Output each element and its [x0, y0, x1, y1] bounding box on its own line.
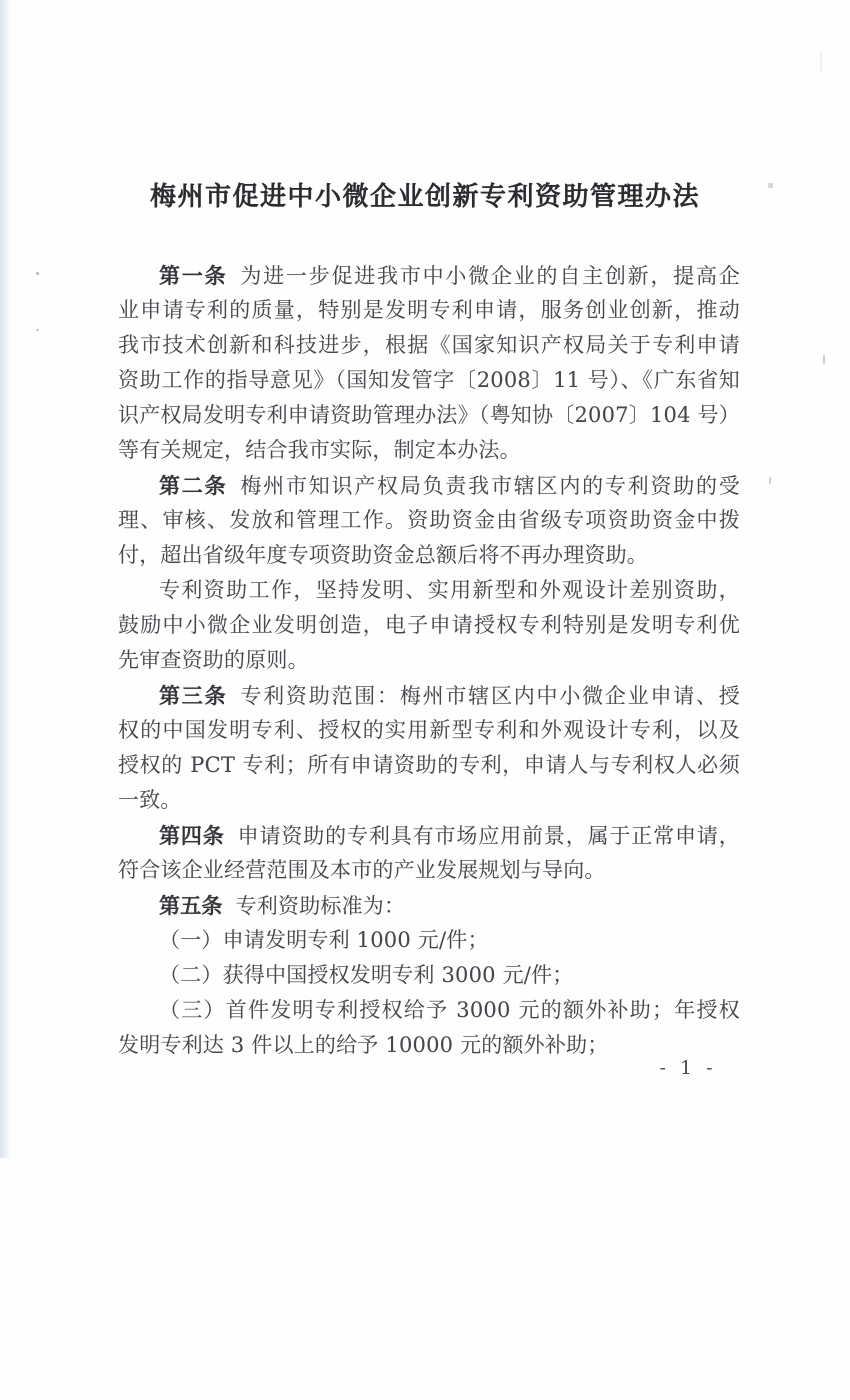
text-line: 鼓励中小微企业发明创造，电子申请授权专利特别是发明专利优 — [118, 608, 740, 643]
text-line: 权的中国发明专利、授权的实用新型专利和外观设计专利，以及 — [118, 713, 740, 748]
text-line: （三）首件发明专利授权给予 3000 元的额外补助；年授权 — [118, 993, 740, 1028]
line-text: 申请资助的专利具有市场应用前景，属于正常申请， — [238, 824, 740, 848]
line-text: 发明专利达 3 件以上的给予 10000 元的额外补助； — [118, 1033, 608, 1057]
document-body: 第一条为进一步促进我市中小微企业的自主创新，提高企业申请专利的质量，特别是发明专… — [118, 258, 740, 1063]
page-number: - 1 - — [648, 1057, 728, 1079]
line-text: 业申请专利的质量，特别是发明专利申请，服务创业创新，推动 — [118, 298, 740, 322]
text-line: 第二条梅州市知识产权局负责我市辖区内的专利资助的受 — [118, 468, 740, 503]
line-text: 理、审核、发放和管理工作。资助资金由省级专项资助资金中拨 — [118, 508, 740, 532]
line-text: 专利资助标准为： — [236, 894, 406, 918]
line-text: （三）首件发明专利授权给予 3000 元的额外补助；年授权 — [159, 998, 740, 1022]
text-line: 一致。 — [118, 783, 740, 818]
line-text: 授权的 PCT 专利；所有申请资助的专利，申请人与专利权人必须 — [118, 753, 740, 777]
line-text: 一致。 — [118, 788, 182, 812]
article-number-label: 第二条 — [159, 473, 227, 498]
line-text: 付，超出省级年度专项资助资金总额后将不再办理资助。 — [118, 543, 648, 567]
line-text: 为进一步促进我市中小微企业的自主创新，提高企 — [240, 264, 740, 288]
article-number-label: 第一条 — [159, 263, 227, 288]
text-line: （二）获得中国授权发明专利 3000 元/件； — [118, 958, 740, 993]
scan-speck — [36, 272, 39, 275]
line-text: 识产权局发明专利申请资助管理办法》（粤知协〔2007〕104 号） — [118, 403, 740, 427]
text-line: 授权的 PCT 专利；所有申请资助的专利，申请人与专利权人必须 — [118, 748, 740, 783]
line-text: 权的中国发明专利、授权的实用新型专利和外观设计专利，以及 — [118, 718, 740, 742]
line-text: （二）获得中国授权发明专利 3000 元/件； — [159, 963, 573, 987]
text-line: 符合该企业经营范围及本市的产业发展规划与导向。 — [118, 853, 740, 888]
scan-speck — [768, 183, 773, 188]
line-text: 专利资助范围：梅州市辖区内中小微企业申请、授 — [240, 684, 740, 708]
line-text: 符合该企业经营范围及本市的产业发展规划与导向。 — [118, 858, 606, 882]
text-line: 第四条申请资助的专利具有市场应用前景，属于正常申请， — [118, 818, 740, 853]
text-line: 资助工作的指导意见》（国知发管字〔2008〕11 号）、《广东省知 — [118, 363, 740, 398]
text-line: 第三条专利资助范围：梅州市辖区内中小微企业申请、授 — [118, 678, 740, 713]
scan-speck — [823, 355, 825, 364]
article-number-label: 第三条 — [159, 683, 227, 708]
line-text: 梅州市知识产权局负责我市辖区内的专利资助的受 — [240, 474, 740, 498]
text-line: 先审查资助的原则。 — [118, 643, 740, 678]
line-text: 我市技术创新和科技进步，根据《国家知识产权局关于专利申请 — [118, 333, 740, 357]
document-title: 梅州市促进中小微企业创新专利资助管理办法 — [60, 176, 790, 213]
article-number-label: 第四条 — [159, 823, 225, 848]
line-text: 专利资助工作，坚持发明、实用新型和外观设计差别资助， — [159, 578, 740, 602]
scanned-document-page: 梅州市促进中小微企业创新专利资助管理办法 第一条为进一步促进我市中小微企业的自主… — [0, 0, 850, 1400]
text-line: （一）申请发明专利 1000 元/件； — [118, 923, 740, 958]
text-line: 第一条为进一步促进我市中小微企业的自主创新，提高企 — [118, 258, 740, 293]
text-line: 我市技术创新和科技进步，根据《国家知识产权局关于专利申请 — [118, 328, 740, 363]
text-line: 理、审核、发放和管理工作。资助资金由省级专项资助资金中拨 — [118, 503, 740, 538]
line-text: 资助工作的指导意见》（国知发管字〔2008〕11 号）、《广东省知 — [118, 368, 740, 392]
text-line: 业申请专利的质量，特别是发明专利申请，服务创业创新，推动 — [118, 293, 740, 328]
text-line: 专利资助工作，坚持发明、实用新型和外观设计差别资助， — [118, 573, 740, 608]
line-text: 鼓励中小微企业发明创造，电子申请授权专利特别是发明专利优 — [118, 613, 740, 637]
article-number-label: 第五条 — [159, 893, 223, 918]
scan-speck — [820, 50, 822, 72]
scan-speck — [36, 329, 39, 331]
scan-edge-strip — [0, 0, 11, 1158]
line-text: 先审查资助的原则。 — [118, 648, 309, 672]
text-line: 付，超出省级年度专项资助资金总额后将不再办理资助。 — [118, 538, 740, 573]
text-line: 等有关规定，结合我市实际，制定本办法。 — [118, 433, 740, 468]
scan-speck — [769, 477, 771, 484]
text-line: 第五条专利资助标准为： — [118, 888, 740, 923]
line-text: 等有关规定，结合我市实际，制定本办法。 — [118, 438, 521, 462]
text-line: 识产权局发明专利申请资助管理办法》（粤知协〔2007〕104 号） — [118, 398, 740, 433]
line-text: （一）申请发明专利 1000 元/件； — [159, 928, 489, 952]
text-line: 发明专利达 3 件以上的给予 10000 元的额外补助； — [118, 1028, 740, 1063]
